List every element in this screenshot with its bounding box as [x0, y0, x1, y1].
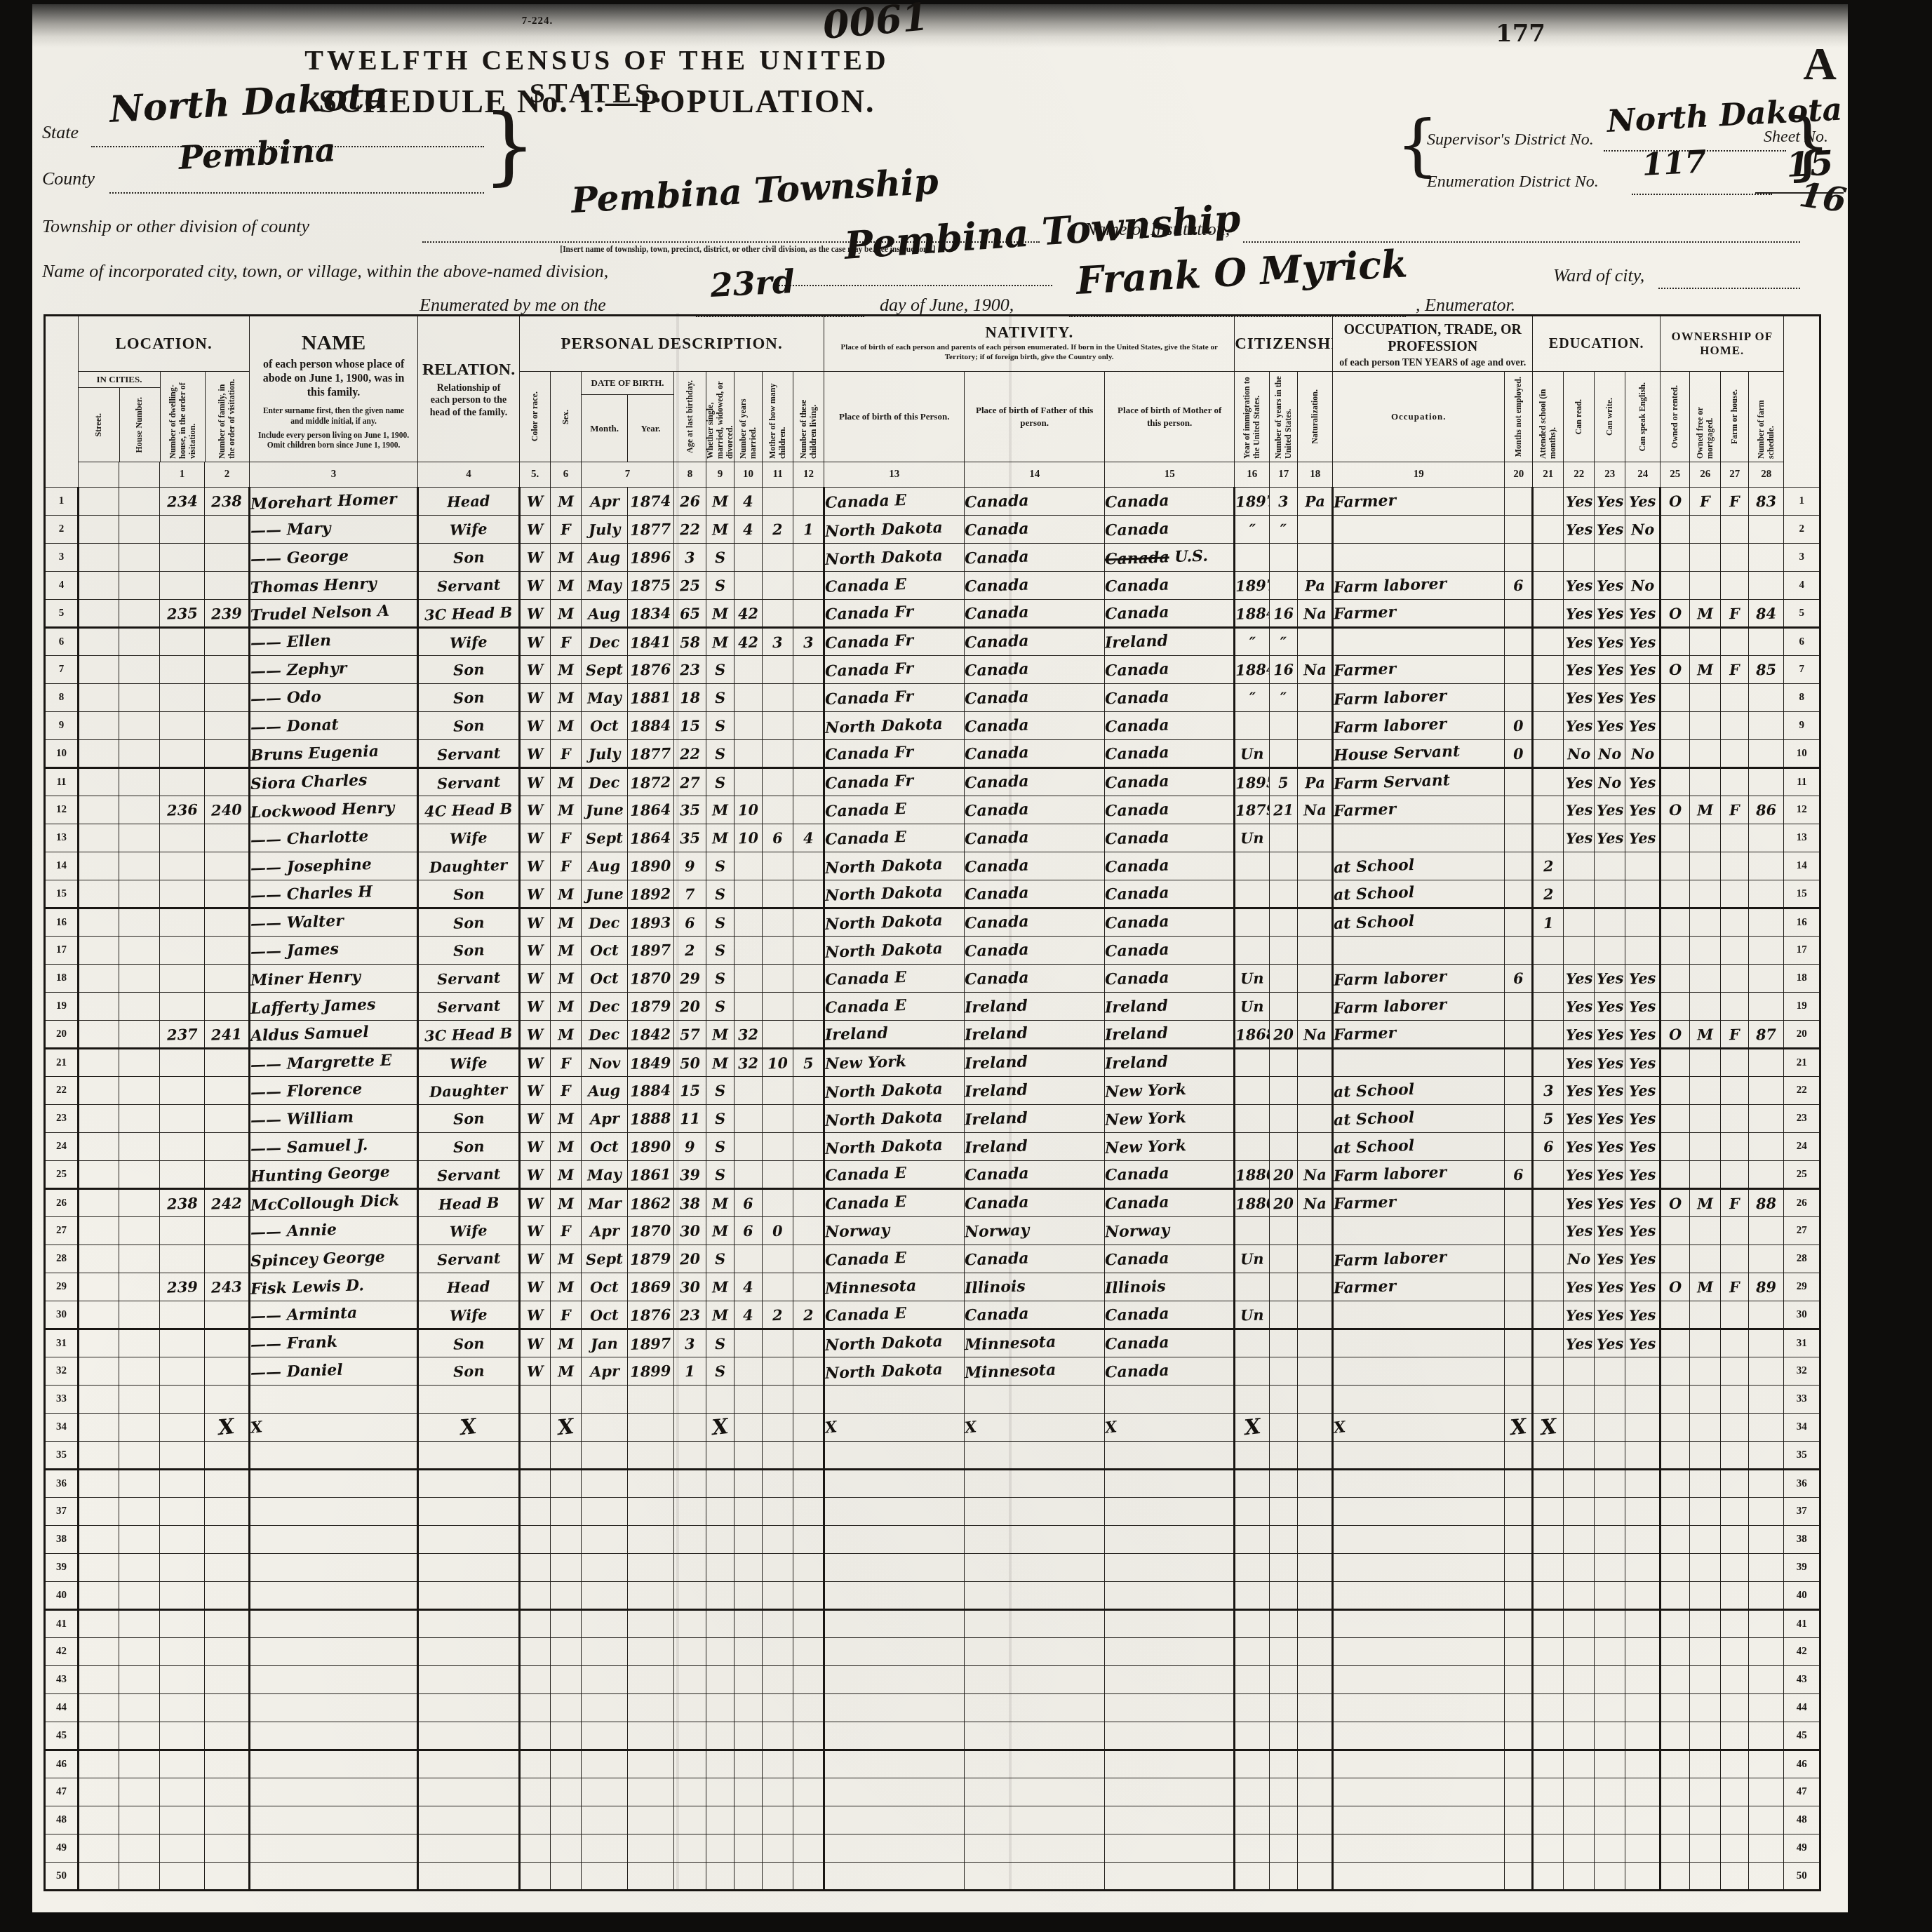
cell-month: [582, 1442, 628, 1470]
cell-pob: Canada Fr: [824, 628, 965, 656]
cell-mortgaged: [1690, 1301, 1721, 1329]
cell-imm-year: [1235, 937, 1270, 965]
handwritten-entry: Farm laborer: [1334, 687, 1447, 709]
cell-years-us: [1270, 1722, 1298, 1750]
cell-children-living: [793, 965, 824, 993]
handwritten-entry: Yes: [1596, 1025, 1623, 1043]
cell-family: [205, 1806, 250, 1834]
handwritten-entry: Un: [1240, 829, 1264, 847]
handwritten-entry: Canada: [965, 940, 1030, 960]
line-number-right: 21: [1784, 1049, 1820, 1077]
cell-pob-mother: [1105, 1638, 1235, 1666]
line-number-right: 9: [1784, 712, 1820, 740]
cell-imm-year: [1235, 1357, 1270, 1386]
cell-years-us: [1270, 1077, 1298, 1105]
cell-year: 1897: [628, 1329, 674, 1357]
handwritten-entry: North Dakota: [825, 1136, 944, 1158]
cell-months-unemployed: [1505, 1105, 1533, 1133]
handwritten-entry: 29: [679, 969, 700, 987]
cell-pob: [824, 1386, 965, 1414]
cell-owned: [1661, 1498, 1690, 1526]
cell-mortgaged: M: [1690, 796, 1721, 824]
handwritten-entry: —— Frank: [250, 1333, 338, 1354]
cell-sex: M: [551, 712, 582, 740]
cell-imm-year: X: [1235, 1414, 1270, 1442]
cell-relation: [418, 1526, 520, 1554]
handwritten-entry: Jan: [591, 1334, 619, 1353]
handwritten-entry: 3: [1278, 492, 1289, 510]
cell-pob: North Dakota: [824, 712, 965, 740]
cell-color: W: [520, 712, 551, 740]
cell-mortgaged: [1690, 684, 1721, 712]
cell-relation: [418, 1666, 520, 1694]
cell-marital: S: [706, 1105, 734, 1133]
cell-months-unemployed: [1505, 1133, 1533, 1161]
cell-family: 239: [205, 600, 250, 628]
cell-school: [1533, 937, 1564, 965]
handwritten-entry: Yes: [1596, 1109, 1623, 1127]
cell-color: W: [520, 544, 551, 572]
handwritten-entry: 1884: [630, 1081, 671, 1100]
cell-naturalization: [1298, 824, 1333, 852]
cell-year: 1874: [628, 488, 674, 516]
cell-pob-mother: [1105, 1694, 1235, 1722]
cell-naturalization: [1298, 993, 1333, 1021]
cell-family: [205, 712, 250, 740]
cell-schedule: [1749, 1245, 1784, 1273]
cell-months-unemployed: [1505, 1582, 1533, 1610]
cell-naturalization: [1298, 1778, 1333, 1806]
cell-farm-house: F: [1721, 796, 1749, 824]
cell-mortgaged: [1690, 1161, 1721, 1189]
cell-sex: [551, 1722, 582, 1750]
handwritten-entry: Head: [447, 492, 490, 511]
cell-year: 1879: [628, 1245, 674, 1273]
cell-house: [119, 1778, 160, 1806]
cell-family: [205, 908, 250, 937]
cell-write: Yes: [1595, 684, 1625, 712]
handwritten-entry: W: [527, 633, 544, 651]
handwritten-entry: W: [527, 1165, 544, 1183]
cell-occupation: at School: [1333, 1077, 1505, 1105]
cell-pob-father: Canada: [965, 908, 1105, 937]
cell-mortgaged: [1690, 908, 1721, 937]
handwritten-entry: Farmer: [1334, 800, 1397, 820]
cell-pob-mother: X: [1105, 1414, 1235, 1442]
cell-months-unemployed: [1505, 684, 1533, 712]
cell-schedule: [1749, 712, 1784, 740]
cell-age: 1: [674, 1357, 706, 1386]
cell-imm-year: [1235, 1778, 1270, 1806]
cell-name: —— George: [250, 544, 418, 572]
cell-pob-mother: Canada: [1105, 852, 1235, 880]
cell-marital: [706, 1442, 734, 1470]
cell-occupation: X: [1333, 1414, 1505, 1442]
handwritten-entry: Yes: [1629, 997, 1656, 1015]
cell-read: No: [1564, 1245, 1595, 1273]
cell-pob-mother: Canada: [1105, 600, 1235, 628]
handwritten-entry: 9: [685, 1138, 695, 1155]
cell-name: [250, 1498, 418, 1526]
handwritten-entry: Yes: [1565, 969, 1592, 987]
line-number-left: 12: [45, 796, 79, 824]
handwritten-entry: Son: [452, 941, 484, 960]
cell-owned: [1661, 1694, 1690, 1722]
handwritten-entry: M: [557, 970, 574, 988]
line-number-left: 41: [45, 1610, 79, 1638]
cell-marital: [706, 1386, 734, 1414]
handwritten-entry: 35: [679, 829, 700, 847]
cell-occupation: Farm laborer: [1333, 965, 1505, 993]
handwritten-entry: 3C Head B: [424, 1024, 513, 1044]
cell-sex: [551, 1806, 582, 1834]
line-number-right: 14: [1784, 852, 1820, 880]
handwritten-entry: 21: [1273, 800, 1294, 819]
handwritten-entry: 85: [1756, 660, 1777, 678]
cell-relation: Daughter: [418, 852, 520, 880]
cell-schedule: [1749, 1414, 1784, 1442]
cell-street: [79, 1133, 119, 1161]
line-number-right: 11: [1784, 768, 1820, 796]
cell-relation: [418, 1806, 520, 1834]
cell-name: Bruns Eugenia: [250, 740, 418, 768]
cell-children-living: [793, 572, 824, 600]
line-number-right: 30: [1784, 1301, 1820, 1329]
cell-years-married: [734, 740, 763, 768]
handwritten-entry: ″: [1249, 689, 1256, 706]
cell-age: 15: [674, 712, 706, 740]
handwritten-entry: 32: [737, 1054, 758, 1072]
handwritten-entry: W: [527, 1138, 544, 1156]
cell-years-married: 4: [734, 516, 763, 544]
cell-mortgaged: [1690, 1329, 1721, 1357]
cell-english: [1625, 1386, 1661, 1414]
handwritten-entry: Apr: [589, 1362, 619, 1380]
cell-family: [205, 1526, 250, 1554]
cell-mother-of: [763, 656, 793, 684]
handwritten-entry: 11: [679, 1109, 700, 1127]
cell-name: [250, 1442, 418, 1470]
handwritten-entry: Yes: [1596, 1054, 1623, 1072]
cell-write: Yes: [1595, 1329, 1625, 1357]
handwritten-entry: —— Zephyr: [250, 659, 347, 680]
handwritten-entry: 16: [1273, 604, 1294, 622]
cell-years-married: 42: [734, 628, 763, 656]
cell-year: 1864: [628, 796, 674, 824]
handwritten-entry: 88: [1756, 1194, 1777, 1212]
handwritten-entry: M: [557, 1194, 574, 1212]
handwritten-entry: F: [561, 857, 572, 876]
table-row: 25Hunting GeorgeServantWMMay186139SCanad…: [45, 1161, 1820, 1189]
table-row: 5050: [45, 1863, 1820, 1891]
cell-age: 58: [674, 628, 706, 656]
handwritten-entry: 3: [685, 1334, 695, 1352]
cell-months-unemployed: [1505, 1021, 1533, 1049]
cell-pob-father: [965, 1526, 1105, 1554]
line-number-right: 49: [1784, 1834, 1820, 1863]
cell-years-us: [1270, 1357, 1298, 1386]
cell-name: —— Florence: [250, 1077, 418, 1105]
handwritten-entry: M: [557, 1278, 574, 1296]
cell-school: [1533, 516, 1564, 544]
cell-relation: [418, 1582, 520, 1610]
table-row: 29239243Fisk Lewis D.HeadWMOct186930M4Mi…: [45, 1273, 1820, 1301]
handwritten-entry: Dec: [589, 1025, 620, 1044]
cell-children-living: [793, 880, 824, 908]
cell-sex: [551, 1638, 582, 1666]
cell-dwelling: [160, 516, 205, 544]
cell-color: W: [520, 740, 551, 768]
cell-years-us: [1270, 1610, 1298, 1638]
cell-marital: M: [706, 600, 734, 628]
col-occupation: Occupation.: [1333, 372, 1505, 462]
cell-pob-father: [965, 1806, 1105, 1834]
cell-read: [1564, 937, 1595, 965]
cell-years-married: [734, 1329, 763, 1357]
table-row: 3939: [45, 1554, 1820, 1582]
handwritten-entry: Pa: [1304, 773, 1325, 791]
cell-mother-of: [763, 1442, 793, 1470]
handwritten-entry: Apr: [589, 1221, 619, 1240]
handwritten-entry: 1876: [630, 660, 671, 679]
cell-years-us: [1270, 1470, 1298, 1498]
handwritten-entry: Na: [1303, 800, 1327, 819]
cell-street: [79, 1778, 119, 1806]
handwritten-entry: M: [711, 1025, 728, 1043]
institution-underline: [1243, 220, 1800, 243]
table-row: 16—— WalterSonWMDec18936SNorth DakotaCan…: [45, 908, 1820, 937]
cell-pob: [824, 1834, 965, 1863]
handwritten-entry: June: [585, 885, 624, 904]
cell-months-unemployed: [1505, 1189, 1533, 1217]
table-row: 27—— AnnieWifeWFApr187030M60NorwayNorway…: [45, 1217, 1820, 1245]
handwritten-entry: —— Arminta: [250, 1303, 358, 1325]
handwritten-entry: Canada: [1105, 968, 1170, 988]
cell-school: [1533, 1245, 1564, 1273]
cell-house: [119, 824, 160, 852]
cell-children-living: [793, 684, 824, 712]
cell-children-living: [793, 1554, 824, 1582]
cell-english: [1625, 1722, 1661, 1750]
handwritten-entry: 15: [679, 716, 700, 734]
handwritten-entry: Canada Fr: [825, 772, 914, 793]
cell-name: X: [250, 1414, 418, 1442]
cell-marital: M: [706, 1273, 734, 1301]
cell-naturalization: [1298, 965, 1333, 993]
cell-year: [628, 1638, 674, 1666]
col-farm-or-house: Farm or house.: [1721, 372, 1749, 462]
cell-dwelling: [160, 712, 205, 740]
col-pob-person: Place of birth of this Person.: [824, 372, 965, 462]
cell-pob: North Dakota: [824, 1357, 965, 1386]
handwritten-entry: Dec: [589, 633, 620, 652]
cell-family: [205, 740, 250, 768]
cell-marital: M: [706, 628, 734, 656]
left-brace: }: [483, 104, 536, 188]
handwritten-entry: W: [527, 941, 544, 960]
cell-year: 1876: [628, 1301, 674, 1329]
handwritten-entry: Yes: [1629, 1109, 1656, 1127]
cell-years-married: [734, 712, 763, 740]
handwritten-entry: Farm laborer: [1334, 1163, 1447, 1186]
cell-occupation: [1333, 1217, 1505, 1245]
cell-year: [628, 1582, 674, 1610]
cell-house: [119, 1442, 160, 1470]
handwritten-entry: Yes: [1596, 969, 1623, 987]
cell-age: 15: [674, 1077, 706, 1105]
cell-mortgaged: [1690, 824, 1721, 852]
cell-month: Aug: [582, 544, 628, 572]
cell-sex: M: [551, 1133, 582, 1161]
cell-write: [1595, 1666, 1625, 1694]
handwritten-entry: W: [527, 1278, 544, 1296]
cell-write: Yes: [1595, 1077, 1625, 1105]
cell-owned: [1661, 1778, 1690, 1806]
cell-farm-house: [1721, 1217, 1749, 1245]
cell-sex: [551, 1386, 582, 1414]
cell-read: Yes: [1564, 796, 1595, 824]
cell-family: [205, 572, 250, 600]
handwritten-entry: S: [715, 857, 726, 876]
cell-sex: [551, 1666, 582, 1694]
cell-marital: [706, 1498, 734, 1526]
handwritten-entry: Canada: [965, 1193, 1030, 1213]
cell-pob: [824, 1554, 965, 1582]
handwritten-entry: 1879: [1235, 800, 1270, 819]
cell-house: [119, 1049, 160, 1077]
census-form-paper: 7-224. TWELFTH CENSUS OF THE UNITED STAT…: [32, 4, 1848, 1912]
cell-street: [79, 880, 119, 908]
cell-english: [1625, 1750, 1661, 1778]
cell-house: [119, 1610, 160, 1638]
cell-year: 1872: [628, 768, 674, 796]
cell-mother-of: [763, 488, 793, 516]
cell-dwelling: [160, 1357, 205, 1386]
handwritten-entry: M: [557, 492, 574, 511]
cell-color: [520, 1834, 551, 1863]
cell-children-living: [793, 488, 824, 516]
line-number-right: 31: [1784, 1329, 1820, 1357]
table-row: 4646: [45, 1750, 1820, 1778]
handwritten-entry: M: [1697, 1278, 1714, 1296]
cell-months-unemployed: [1505, 1217, 1533, 1245]
handwritten-entry: Yes: [1565, 997, 1592, 1015]
cell-years-us: [1270, 740, 1298, 768]
cell-name: [250, 1386, 418, 1414]
cell-mortgaged: [1690, 740, 1721, 768]
cell-color: W: [520, 1189, 551, 1217]
cell-english: Yes: [1625, 656, 1661, 684]
cell-owned: [1661, 824, 1690, 852]
cell-naturalization: [1298, 1610, 1333, 1638]
cell-write: [1595, 852, 1625, 880]
cell-mortgaged: [1690, 1217, 1721, 1245]
cell-pob-father: Canada: [965, 628, 1105, 656]
cell-month: [582, 1470, 628, 1498]
cell-occupation: Farmer: [1333, 1189, 1505, 1217]
cell-pob: North Dakota: [824, 1329, 965, 1357]
cell-pob-mother: [1105, 1666, 1235, 1694]
handwritten-entry: —— Ellen: [250, 631, 332, 652]
handwritten-entry: Lockwood Henry: [250, 798, 395, 821]
cell-write: Yes: [1595, 1301, 1625, 1329]
cell-write: Yes: [1595, 1189, 1625, 1217]
cell-age: 9: [674, 1133, 706, 1161]
handwritten-entry: Canada: [965, 547, 1030, 568]
cell-sex: M: [551, 1189, 582, 1217]
cell-pob: [824, 1582, 965, 1610]
cell-sex: [551, 1554, 582, 1582]
cell-house: [119, 937, 160, 965]
cell-pob-father: Canada: [965, 937, 1105, 965]
cell-farm-house: [1721, 1077, 1749, 1105]
handwritten-entry: 3: [803, 633, 813, 650]
cell-family: [205, 1077, 250, 1105]
cell-read: Yes: [1564, 628, 1595, 656]
cell-month: Oct: [582, 937, 628, 965]
cell-english: Yes: [1625, 1301, 1661, 1329]
line-number-left: 48: [45, 1806, 79, 1834]
cell-dwelling: [160, 1217, 205, 1245]
handwritten-entry: 3C Head B: [424, 603, 513, 623]
cell-occupation: [1333, 1863, 1505, 1891]
line-number-left: 6: [45, 628, 79, 656]
cell-naturalization: [1298, 908, 1333, 937]
handwritten-entry: F: [1729, 604, 1740, 622]
handwritten-entry: F: [561, 1306, 572, 1324]
cell-house: [119, 880, 160, 908]
cell-owned: [1661, 1077, 1690, 1105]
cell-farm-house: [1721, 1498, 1749, 1526]
handwritten-entry: Dec: [589, 997, 620, 1016]
cell-pob-mother: Canada: [1105, 1357, 1235, 1386]
cell-house: [119, 1077, 160, 1105]
cell-age: [674, 1863, 706, 1891]
cell-mother-of: 10: [763, 1049, 793, 1077]
table-row: 34XXXXXXXXXXXX34: [45, 1414, 1820, 1442]
cell-street: [79, 1049, 119, 1077]
cell-months-unemployed: [1505, 1638, 1533, 1666]
cell-school: [1533, 1750, 1564, 1778]
handwritten-entry: Daughter: [429, 1080, 508, 1101]
cell-write: [1595, 1357, 1625, 1386]
handwritten-entry: Yes: [1629, 633, 1656, 651]
cell-imm-year: [1235, 1273, 1270, 1301]
close-out-x-mark: X: [250, 1418, 264, 1437]
handwritten-entry: M: [711, 633, 728, 651]
cell-pob: Canada Fr: [824, 740, 965, 768]
cell-years-us: 3: [1270, 488, 1298, 516]
cell-pob: [824, 1863, 965, 1891]
cell-family: [205, 544, 250, 572]
cell-read: [1564, 1554, 1595, 1582]
handwritten-entry: W: [527, 689, 544, 707]
ward-label: Ward of city,: [1553, 265, 1644, 286]
handwritten-entry: Yes: [1565, 773, 1592, 791]
handwritten-entry: Farmer: [1334, 1024, 1397, 1044]
cell-dwelling: [160, 572, 205, 600]
cell-months-unemployed: [1505, 516, 1533, 544]
handwritten-entry: W: [527, 857, 544, 876]
handwritten-entry: 65: [679, 604, 700, 622]
cell-children-living: 5: [793, 1049, 824, 1077]
cell-sex: M: [551, 796, 582, 824]
cell-imm-year: [1235, 1386, 1270, 1414]
cell-owned: [1661, 1610, 1690, 1638]
cell-pob: Canada Fr: [824, 768, 965, 796]
cell-schedule: [1749, 1750, 1784, 1778]
cell-year: [628, 1470, 674, 1498]
